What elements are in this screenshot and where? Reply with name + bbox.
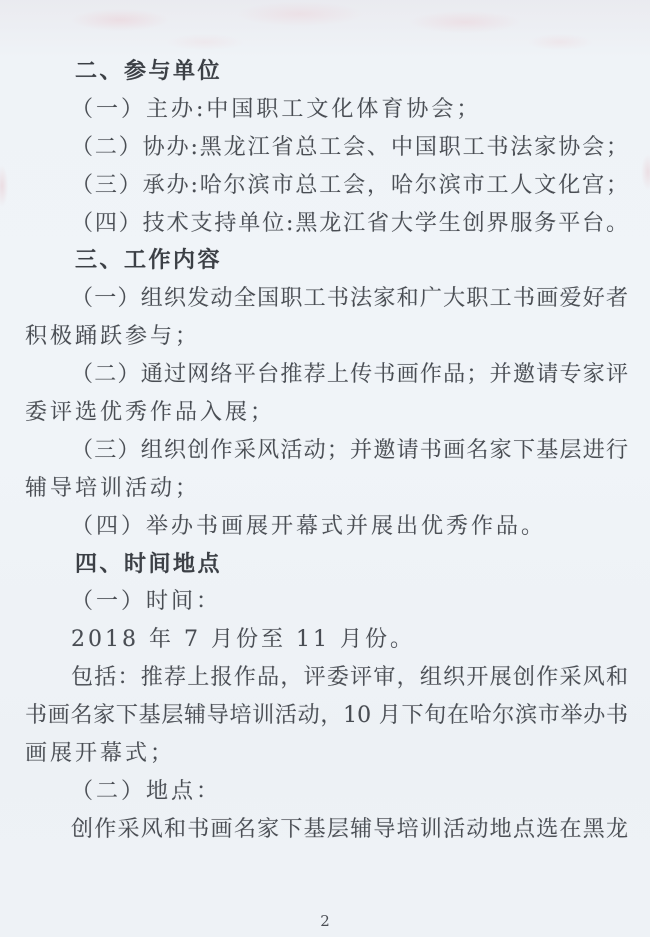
doc-line: 画展开幕式； <box>25 735 628 773</box>
doc-line: （一）主办:中国职工文化体育协会； <box>25 91 628 129</box>
doc-line: 委评选优秀作品入展； <box>25 394 628 432</box>
doc-line: （一）组织发动全国职工书法家和广大职工书画爱好者 <box>25 280 628 318</box>
section-heading: 四、时间地点 <box>25 546 628 584</box>
doc-line: 包括：推荐上报作品，评委评审，组织开展创作采风和 <box>25 659 628 697</box>
doc-line: 积极踊跃参与； <box>25 318 628 356</box>
doc-line: （二）协办:黑龙江省总工会、中国职工书法家协会； <box>25 129 628 167</box>
doc-line: （四）举办书画展开幕式并展出优秀作品。 <box>25 508 628 546</box>
doc-line: （三）承办:哈尔滨市总工会，哈尔滨市工人文化宫； <box>25 167 628 205</box>
doc-line: （一）时间： <box>25 583 628 621</box>
document-page: 二、参与单位（一）主办:中国职工文化体育协会；（二）协办:黑龙江省总工会、中国职… <box>0 0 650 937</box>
section-heading: 二、参与单位 <box>25 53 628 91</box>
doc-line: （二）通过网络平台推荐上传书画作品；并邀请专家评 <box>25 356 628 394</box>
doc-line: （四）技术支持单位:黑龙江省大学生创界服务平台。 <box>25 205 628 243</box>
doc-line: （三）组织创作采风活动；并邀请书画名家下基层进行 <box>25 432 628 470</box>
doc-line: 创作采风和书画名家下基层辅导培训活动地点选在黑龙江； <box>25 811 628 849</box>
doc-line: 2018 年 7 月份至 11 月份。 <box>25 621 628 659</box>
document-body: 二、参与单位（一）主办:中国职工文化体育协会；（二）协办:黑龙江省总工会、中国职… <box>25 53 628 849</box>
doc-line: （二）地点： <box>25 773 628 811</box>
doc-line: 辅导培训活动； <box>25 470 628 508</box>
doc-line: 书画名家下基层辅导培训活动，10 月下旬在哈尔滨市举办书 <box>25 697 628 735</box>
section-heading: 三、工作内容 <box>25 242 628 280</box>
page-number: 2 <box>0 912 650 930</box>
